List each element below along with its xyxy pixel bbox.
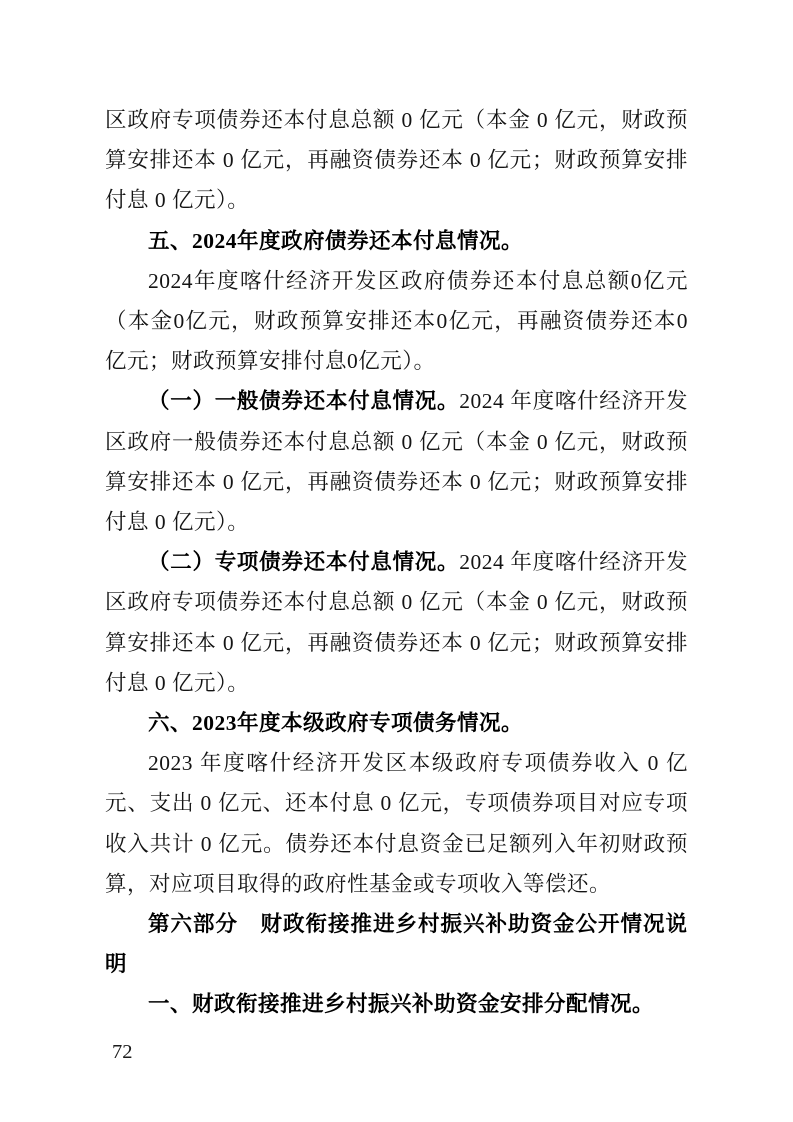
- document-page: 区政府专项债券还本付息总额 0 亿元（本金 0 亿元，财政预算安排还本 0 亿元…: [0, 0, 793, 1122]
- heading-rural-fund-allocation: 一、财政衔接推进乡村振兴补助资金安排分配情况。: [105, 984, 688, 1024]
- page-number: 72: [112, 1040, 133, 1064]
- paragraph-section-5-intro: 2024年度喀什经济开发区政府债券还本付息总额0亿元（本金0亿元，财政预算安排还…: [105, 261, 688, 382]
- paragraph-general-bond-repayment: （一）一般债券还本付息情况。2024 年度喀什经济开发区政府一般债券还本付息总额…: [105, 381, 688, 542]
- heading-part-6-rural-revitalization-funds: 第六部分 财政衔接推进乡村振兴补助资金公开情况说明: [105, 904, 688, 984]
- document-text-block: 区政府专项债券还本付息总额 0 亿元（本金 0 亿元，财政预算安排还本 0 亿元…: [105, 100, 688, 1025]
- paragraph-section-6-body: 2023 年度喀什经济开发区本级政府专项债券收入 0 亿元、支出 0 亿元、还本…: [105, 743, 688, 904]
- paragraph-debt-carryover: 区政府专项债券还本付息总额 0 亿元（本金 0 亿元，财政预算安排还本 0 亿元…: [105, 100, 688, 221]
- heading-section-6-special-debt-2023: 六、2023年度本级政府专项债务情况。: [105, 703, 688, 743]
- paragraph-special-bond-repayment: （二）专项债券还本付息情况。2024 年度喀什经济开发区政府专项债券还本付息总额…: [105, 542, 688, 703]
- subheading-general-bonds: （一）一般债券还本付息情况。: [148, 389, 459, 413]
- heading-section-5-bond-repayment-2024: 五、2024年度政府债券还本付息情况。: [105, 221, 688, 261]
- subheading-special-bonds: （二）专项债券还本付息情况。: [148, 550, 459, 574]
